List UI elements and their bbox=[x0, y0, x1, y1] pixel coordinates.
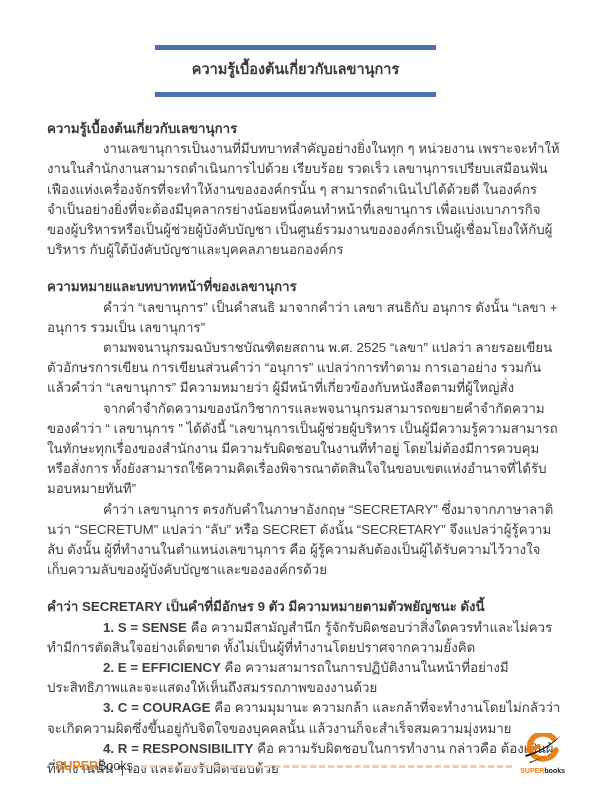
footer: SUPERBooks SUPERbooks bbox=[55, 733, 565, 775]
document-body: ความรู้เบื้องต้นเกี่ยวกับเลขานุการ งานเล… bbox=[47, 119, 561, 779]
logo-wordmark: SUPERbooks bbox=[520, 768, 565, 775]
page-title: ความรู้เบื้องต้นเกี่ยวกับเลขานุการ bbox=[155, 50, 436, 92]
logo-super: SUPER bbox=[520, 768, 544, 775]
banner-rule-bottom bbox=[155, 92, 436, 97]
logo-books: books bbox=[544, 768, 565, 775]
paragraph: จากคำจำกัดความของนักวิชาการและพจนานุกรมส… bbox=[47, 399, 561, 500]
paragraph: งานเลขานุการเป็นงานที่มีบทบาทสำคัญอย่างย… bbox=[47, 139, 561, 260]
section-intro: ความรู้เบื้องต้นเกี่ยวกับเลขานุการ งานเล… bbox=[47, 119, 561, 260]
brand-books: Books bbox=[98, 759, 133, 773]
item-lead: 2. E = EFFICIENCY bbox=[103, 660, 221, 675]
paragraph: ตามพจนานุกรมฉบับราชบัณฑิตยสถาน พ.ศ. 2525… bbox=[47, 338, 561, 399]
brand-wordmark-left: SUPERBooks bbox=[55, 760, 133, 776]
item-lead: 1. S = SENSE bbox=[103, 620, 187, 635]
superbooks-swirl-icon bbox=[523, 733, 563, 767]
item-lead: 3. C = COURAGE bbox=[103, 700, 211, 715]
paragraph: คำว่า เลขานุการ ตรงกับคำในภาษาอังกฤษ “SE… bbox=[47, 500, 561, 581]
section-heading: ความรู้เบื้องต้นเกี่ยวกับเลขานุการ bbox=[47, 119, 561, 139]
section-heading: คำว่า SECRETARY เป็นคำที่มีอักษร 9 ตัว ม… bbox=[47, 597, 561, 617]
section-meaning: ความหมายและบทบาทหน้าที่ของเลขานุการ คำว่… bbox=[47, 277, 561, 580]
section-heading: ความหมายและบทบาทหน้าที่ของเลขานุการ bbox=[47, 277, 561, 297]
title-banner: ความรู้เบื้องต้นเกี่ยวกับเลขานุการ bbox=[155, 45, 436, 97]
list-item: 1. S = SENSE คือ ความมีสามัญสำนึก รู้จัก… bbox=[47, 618, 561, 658]
page: { "document": { "banner_title": "ความรู้… bbox=[0, 0, 601, 803]
brand-super: SUPER bbox=[55, 759, 98, 773]
paragraph: คำว่า “เลขานุการ” เป็นคำสนธิ มาจากคำว่า … bbox=[47, 298, 561, 338]
list-item: 2. E = EFFICIENCY คือ ความสามารถในการปฏิ… bbox=[47, 658, 561, 698]
footer-dashed-rule bbox=[141, 765, 512, 768]
superbooks-logo: SUPERbooks bbox=[520, 733, 565, 775]
